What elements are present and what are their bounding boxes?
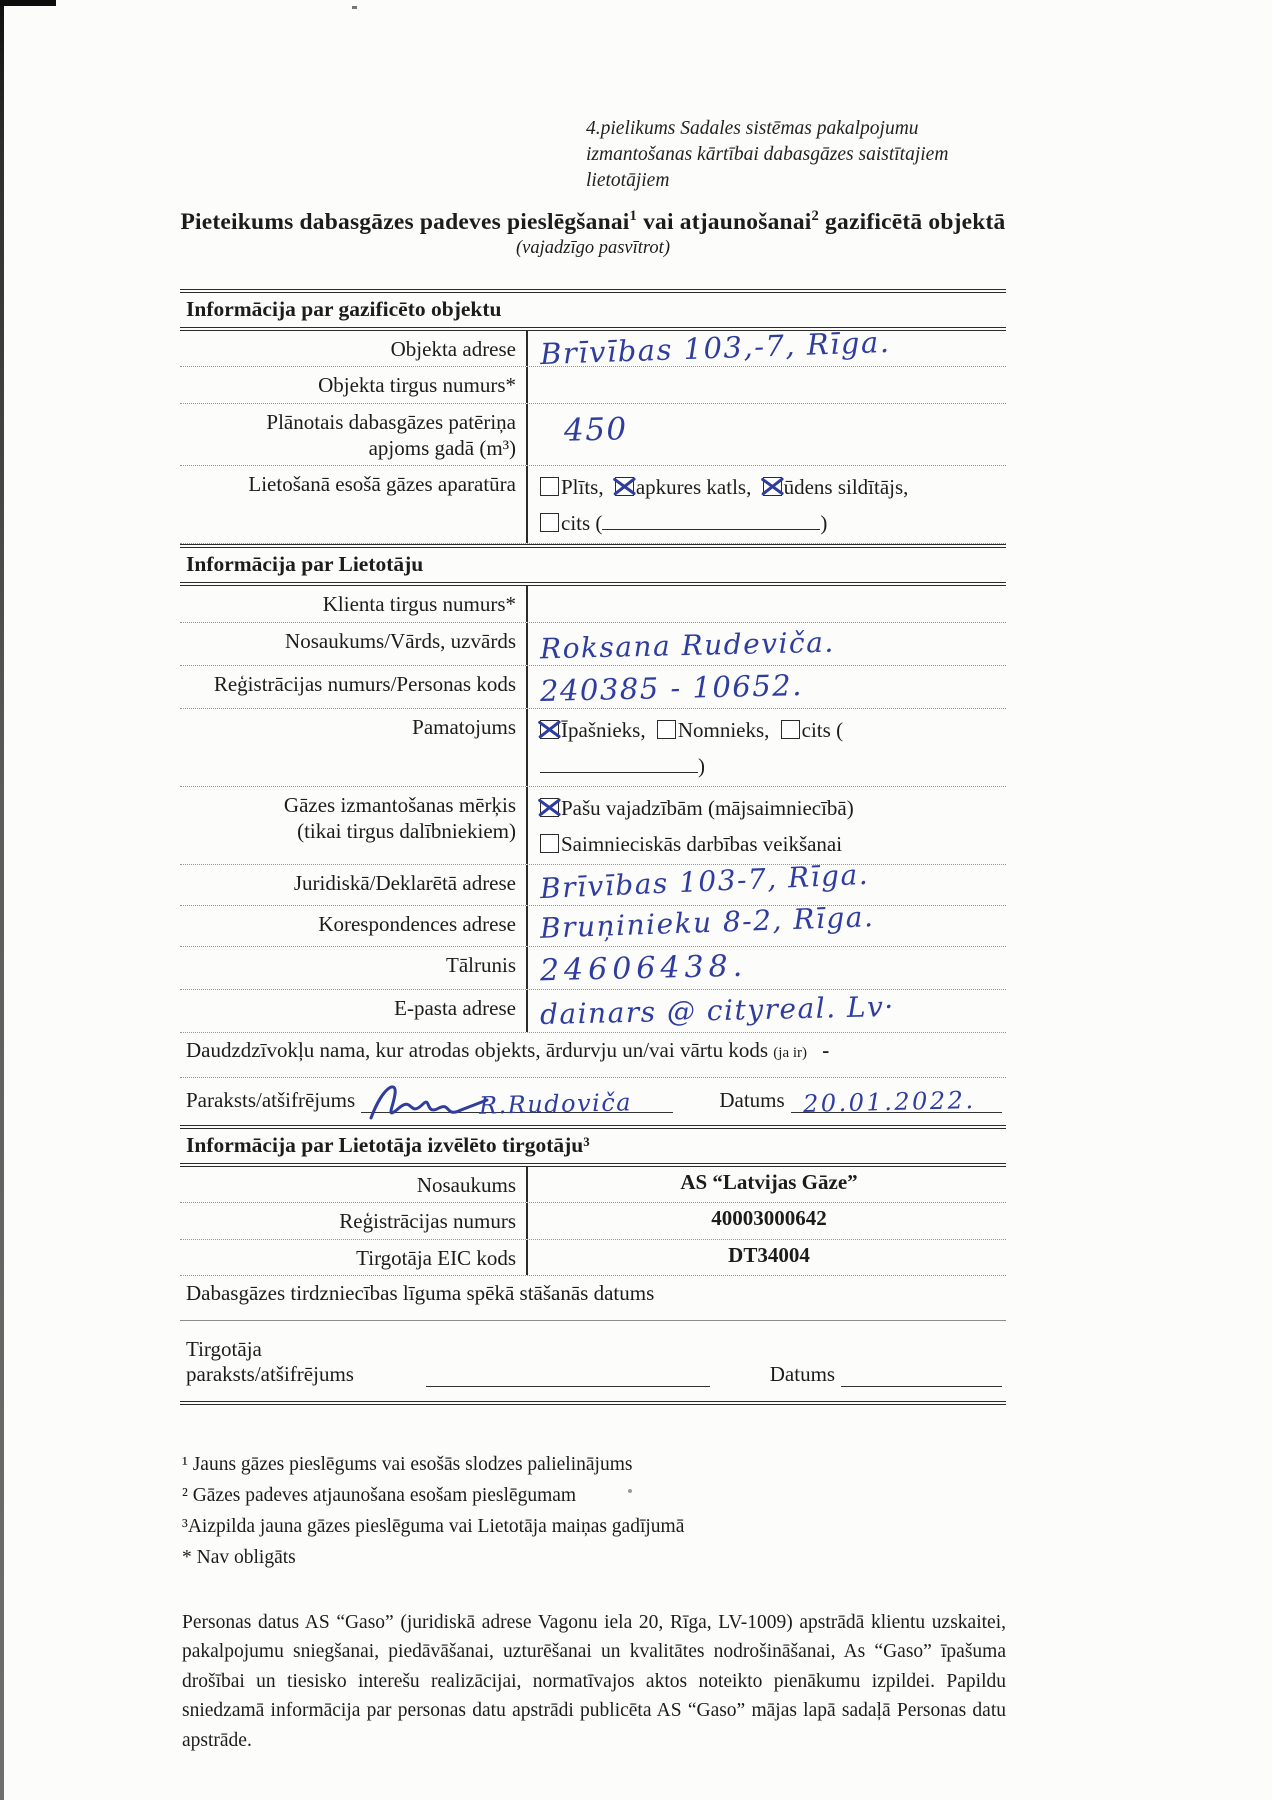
application-form: Informācija par gazificēto objektu Objek…	[180, 289, 1006, 1405]
row-client-number: Klienta tirgus numurs*	[180, 586, 1006, 622]
row-gas-purpose: Gāzes izmantošanas mērķis (tikai tirgus …	[180, 787, 1006, 865]
user-date-line: 20.01.2022.	[791, 1112, 1002, 1113]
footnote-asterisk: * Nav obligāts	[182, 1542, 1006, 1573]
email-label: E-pasta adrese	[180, 990, 526, 1032]
consumption-handwriting: 450	[564, 414, 628, 446]
trader-eic-label: Tirgotāja EIC kods	[180, 1240, 526, 1275]
row-trader-name: Nosaukums AS “Latvijas Gāze”	[180, 1167, 1006, 1203]
document-content: 4.pielikums Sadales sistēmas pakalpojumu…	[180, 0, 1006, 1756]
appendix-annotation: 4.pielikums Sadales sistēmas pakalpojumu…	[586, 116, 1006, 194]
postal-address-label: Korespondences adrese	[180, 906, 526, 946]
user-signature-name-handwriting: R.Rudoviča	[479, 1090, 633, 1117]
client-number-field	[526, 586, 1006, 621]
option-label-basis-cits: cits (	[802, 718, 843, 742]
option-basis-cits-close-paren: )	[698, 754, 705, 778]
trader-signature-line	[426, 1386, 710, 1387]
object-market-number-label: Objekta tirgus numurs*	[180, 367, 526, 402]
phone-handwriting: 24606438.	[540, 952, 748, 987]
object-address-field: Brīvības 103,-7, Rīga.	[526, 331, 1006, 366]
footnote-3: ³Aizpilda jauna gāzes pieslēguma vai Lie…	[182, 1511, 1006, 1542]
door-code-value: -	[812, 1038, 829, 1062]
label-line: (tikai tirgus dalībniekiem)	[180, 818, 516, 844]
row-postal-address: Korespondences adrese Bruņinieku 8-2, Rī…	[180, 906, 1006, 947]
gas-purpose-label: Gāzes izmantošanas mērķis (tikai tirgus …	[180, 787, 526, 864]
contract-date-label: Dabasgāzes tirdzniecības līguma spēkā st…	[186, 1281, 654, 1305]
user-name-label: Nosaukums/Vārds, uzvārds	[180, 623, 526, 665]
title-part: vai atjaunošanai	[637, 209, 811, 235]
row-object-address: Objekta adrese Brīvības 103,-7, Rīga.	[180, 331, 1006, 367]
checkbox-icon-pasu-vajadzibam	[540, 798, 559, 817]
trader-eic-value: DT34004	[526, 1240, 1006, 1275]
basis-field: Īpašnieks, Nomnieks, cits ()	[526, 709, 1006, 786]
gas-purpose-field: Pašu vajadzībām (mājsaimniecībā) Saimnie…	[526, 787, 1006, 864]
phone-field: 24606438.	[526, 947, 1006, 989]
email-field: dainars @ cityreal. Lv·	[526, 990, 1006, 1032]
row-planned-consumption: Plānotais dabasgāzes patēriņa apjoms gad…	[180, 404, 1006, 467]
object-address-label: Objekta adrese	[180, 331, 526, 366]
footnote-marker-1: 1	[630, 208, 637, 224]
object-market-number-field	[526, 367, 1006, 402]
basis-options-line: Īpašnieks, Nomnieks, cits ()	[540, 712, 998, 784]
row-trader-regnum: Reģistrācijas numurs 40003000642	[180, 1203, 1006, 1239]
row-email: E-pasta adrese dainars @ cityreal. Lv·	[180, 990, 1006, 1033]
email-handwriting: dainars @ cityreal. Lv·	[540, 993, 895, 1029]
option-cits-close-paren: )	[820, 511, 827, 535]
trader-name-label: Nosaukums	[180, 1167, 526, 1202]
gas-equipment-label: Lietošanā esošā gāzes aparatūra	[180, 466, 526, 543]
trader-date-line	[841, 1386, 1002, 1387]
blank-line	[540, 750, 698, 773]
user-name-handwriting: Roksana Rudeviča.	[540, 628, 835, 663]
object-address-handwriting: Brīvības 103,-7, Rīga.	[540, 328, 891, 369]
footnote-marker-2: 2	[812, 208, 819, 224]
label-line: apjoms gadā (m³)	[180, 435, 516, 461]
checkbox-icon-ipasnieks	[540, 720, 559, 739]
label-line: Plānotais dabasgāzes patēriņa	[180, 409, 516, 435]
row-trader-signature: Tirgotāja paraksts/atšifrējums Datums	[180, 1321, 1006, 1405]
label-line: Gāzes izmantošanas mērķis	[180, 792, 516, 818]
footnote-1: ¹ Jauns gāzes pieslēgums vai esošās slod…	[182, 1449, 1006, 1480]
trader-regnum-label: Reģistrācijas numurs	[180, 1203, 526, 1238]
row-user-regnum: Reģistrācijas numurs/Personas kods 24038…	[180, 666, 1006, 709]
user-name-field: Roksana Rudeviča.	[526, 623, 1006, 665]
trader-regnum-value: 40003000642	[526, 1203, 1006, 1238]
user-regnum-field: 240385 - 10652.	[526, 666, 1006, 708]
checkbox-icon-udens-silditajs	[763, 477, 782, 496]
checkbox-icon-basis-cits	[781, 720, 800, 739]
user-date-handwriting: 20.01.2022.	[802, 1088, 975, 1116]
door-code-label: Daudzdzīvokļu nama, kur atrodas objekts,…	[186, 1038, 768, 1062]
legal-address-label: Juridiskā/Deklarētā adrese	[180, 865, 526, 905]
postal-address-field: Bruņinieku 8-2, Rīga.	[526, 906, 1006, 946]
checkbox-icon-cits	[540, 513, 559, 532]
signature-scribble	[365, 1078, 495, 1124]
title-part: gazificētā objektā	[819, 209, 1006, 235]
row-user-signature: Paraksts/atšifrējums R.Rudoviča Datums 2…	[180, 1078, 1006, 1125]
form-subtitle: (vajadzīgo pasvītrot)	[180, 238, 1006, 259]
privacy-paragraph: Personas datus AS “Gaso” (juridiskā adre…	[180, 1608, 1006, 1756]
legal-address-field: Brīvības 103-7, Rīga.	[526, 865, 1006, 905]
option-label-pasu-vajadzibam: Pašu vajadzībām (mājsaimniecībā)	[561, 796, 854, 820]
row-phone: Tālrunis 24606438.	[180, 947, 1006, 990]
row-door-code: Daudzdzīvokļu nama, kur atrodas objekts,…	[180, 1033, 1006, 1078]
annotation-line: lietotājiem	[586, 168, 1006, 194]
blank-line	[602, 507, 820, 530]
row-legal-address: Juridiskā/Deklarētā adrese Brīvības 103-…	[180, 865, 1006, 906]
equipment-options-line1: Plīts, apkures katls, ūdens sildītājs,	[540, 469, 998, 505]
option-label-ipasnieks: Īpašnieks,	[561, 718, 646, 742]
client-number-label: Klienta tirgus numurs*	[180, 586, 526, 621]
trader-date-label: Datums	[770, 1362, 835, 1387]
user-date-label: Datums	[719, 1088, 784, 1113]
basis-label: Pamatojums	[180, 709, 526, 786]
checkbox-icon-apkures-katls	[615, 477, 634, 496]
scan-edge-artifact	[0, 0, 4, 1800]
trader-signature-label: Tirgotāja paraksts/atšifrējums	[186, 1337, 422, 1387]
annotation-line: 4.pielikums Sadales sistēmas pakalpojumu	[586, 116, 1006, 142]
row-contract-date: Dabasgāzes tirdzniecības līguma spēkā st…	[180, 1276, 1006, 1321]
gas-equipment-field: Plīts, apkures katls, ūdens sildītājs, c…	[526, 466, 1006, 543]
form-title: Pieteikums dabasgāzes padeves pieslēgšan…	[180, 208, 1006, 236]
user-regnum-handwriting: 240385 - 10652.	[540, 671, 804, 706]
checkbox-icon-nomnieks	[657, 720, 676, 739]
section-header-trader: Informācija par Lietotāja izvēlēto tirgo…	[180, 1125, 1006, 1167]
checkbox-icon-plits	[540, 477, 559, 496]
row-user-name: Nosaukums/Vārds, uzvārds Roksana Rudevič…	[180, 623, 1006, 666]
row-gas-equipment: Lietošanā esošā gāzes aparatūra Plīts, a…	[180, 466, 1006, 544]
user-signature-line: R.Rudoviča	[361, 1112, 673, 1113]
footnotes-block: ¹ Jauns gāzes pieslēgums vai esošās slod…	[180, 1449, 1006, 1574]
equipment-options-line2: cits ()	[540, 505, 998, 541]
trader-name-value: AS “Latvijas Gāze”	[526, 1167, 1006, 1202]
scanned-document-page: 4.pielikums Sadales sistēmas pakalpojumu…	[0, 0, 1272, 1800]
option-label-plits: Plīts,	[561, 475, 604, 499]
row-basis: Pamatojums Īpašnieks, Nomnieks, cits ()	[180, 709, 1006, 787]
checkbox-icon-saimnieciskas	[540, 834, 559, 853]
option-label-nomnieks: Nomnieks,	[678, 718, 770, 742]
legal-address-handwriting: Brīvības 103-7, Rīga.	[540, 861, 870, 903]
user-regnum-label: Reģistrācijas numurs/Personas kods	[180, 666, 526, 708]
option-label-apkures-katls: apkures katls,	[636, 475, 751, 499]
section-header-user: Informācija par Lietotāju	[180, 544, 1006, 586]
row-object-market-number: Objekta tirgus numurs*	[180, 367, 1006, 403]
footnote-2: ² Gāzes padeves atjaunošana esošam piesl…	[182, 1480, 1006, 1511]
title-part: Pieteikums dabasgāzes padeves pieslēgšan…	[180, 209, 629, 235]
phone-label: Tālrunis	[180, 947, 526, 989]
purpose-option-economic-activity: Saimnieciskās darbības veikšanai	[540, 826, 998, 862]
door-code-note: (ja ir)	[773, 1045, 807, 1061]
option-label-saimnieciskas: Saimnieciskās darbības veikšanai	[561, 832, 842, 856]
user-signature-label: Paraksts/atšifrējums	[186, 1088, 355, 1113]
postal-address-handwriting: Bruņinieku 8-2, Rīga.	[540, 903, 875, 943]
annotation-line: izmantošanas kārtībai dabasgāzes saistīt…	[586, 142, 1006, 168]
row-trader-eic: Tirgotāja EIC kods DT34004	[180, 1240, 1006, 1276]
purpose-option-own-needs: Pašu vajadzībām (mājsaimniecībā)	[540, 790, 998, 826]
scan-top-artifact	[0, 0, 56, 6]
option-label-udens-silditajs: ūdens sildītājs,	[784, 475, 909, 499]
option-label-cits: cits (	[561, 511, 602, 535]
planned-consumption-field: 450	[526, 404, 1006, 466]
planned-consumption-label: Plānotais dabasgāzes patēriņa apjoms gad…	[180, 404, 526, 466]
